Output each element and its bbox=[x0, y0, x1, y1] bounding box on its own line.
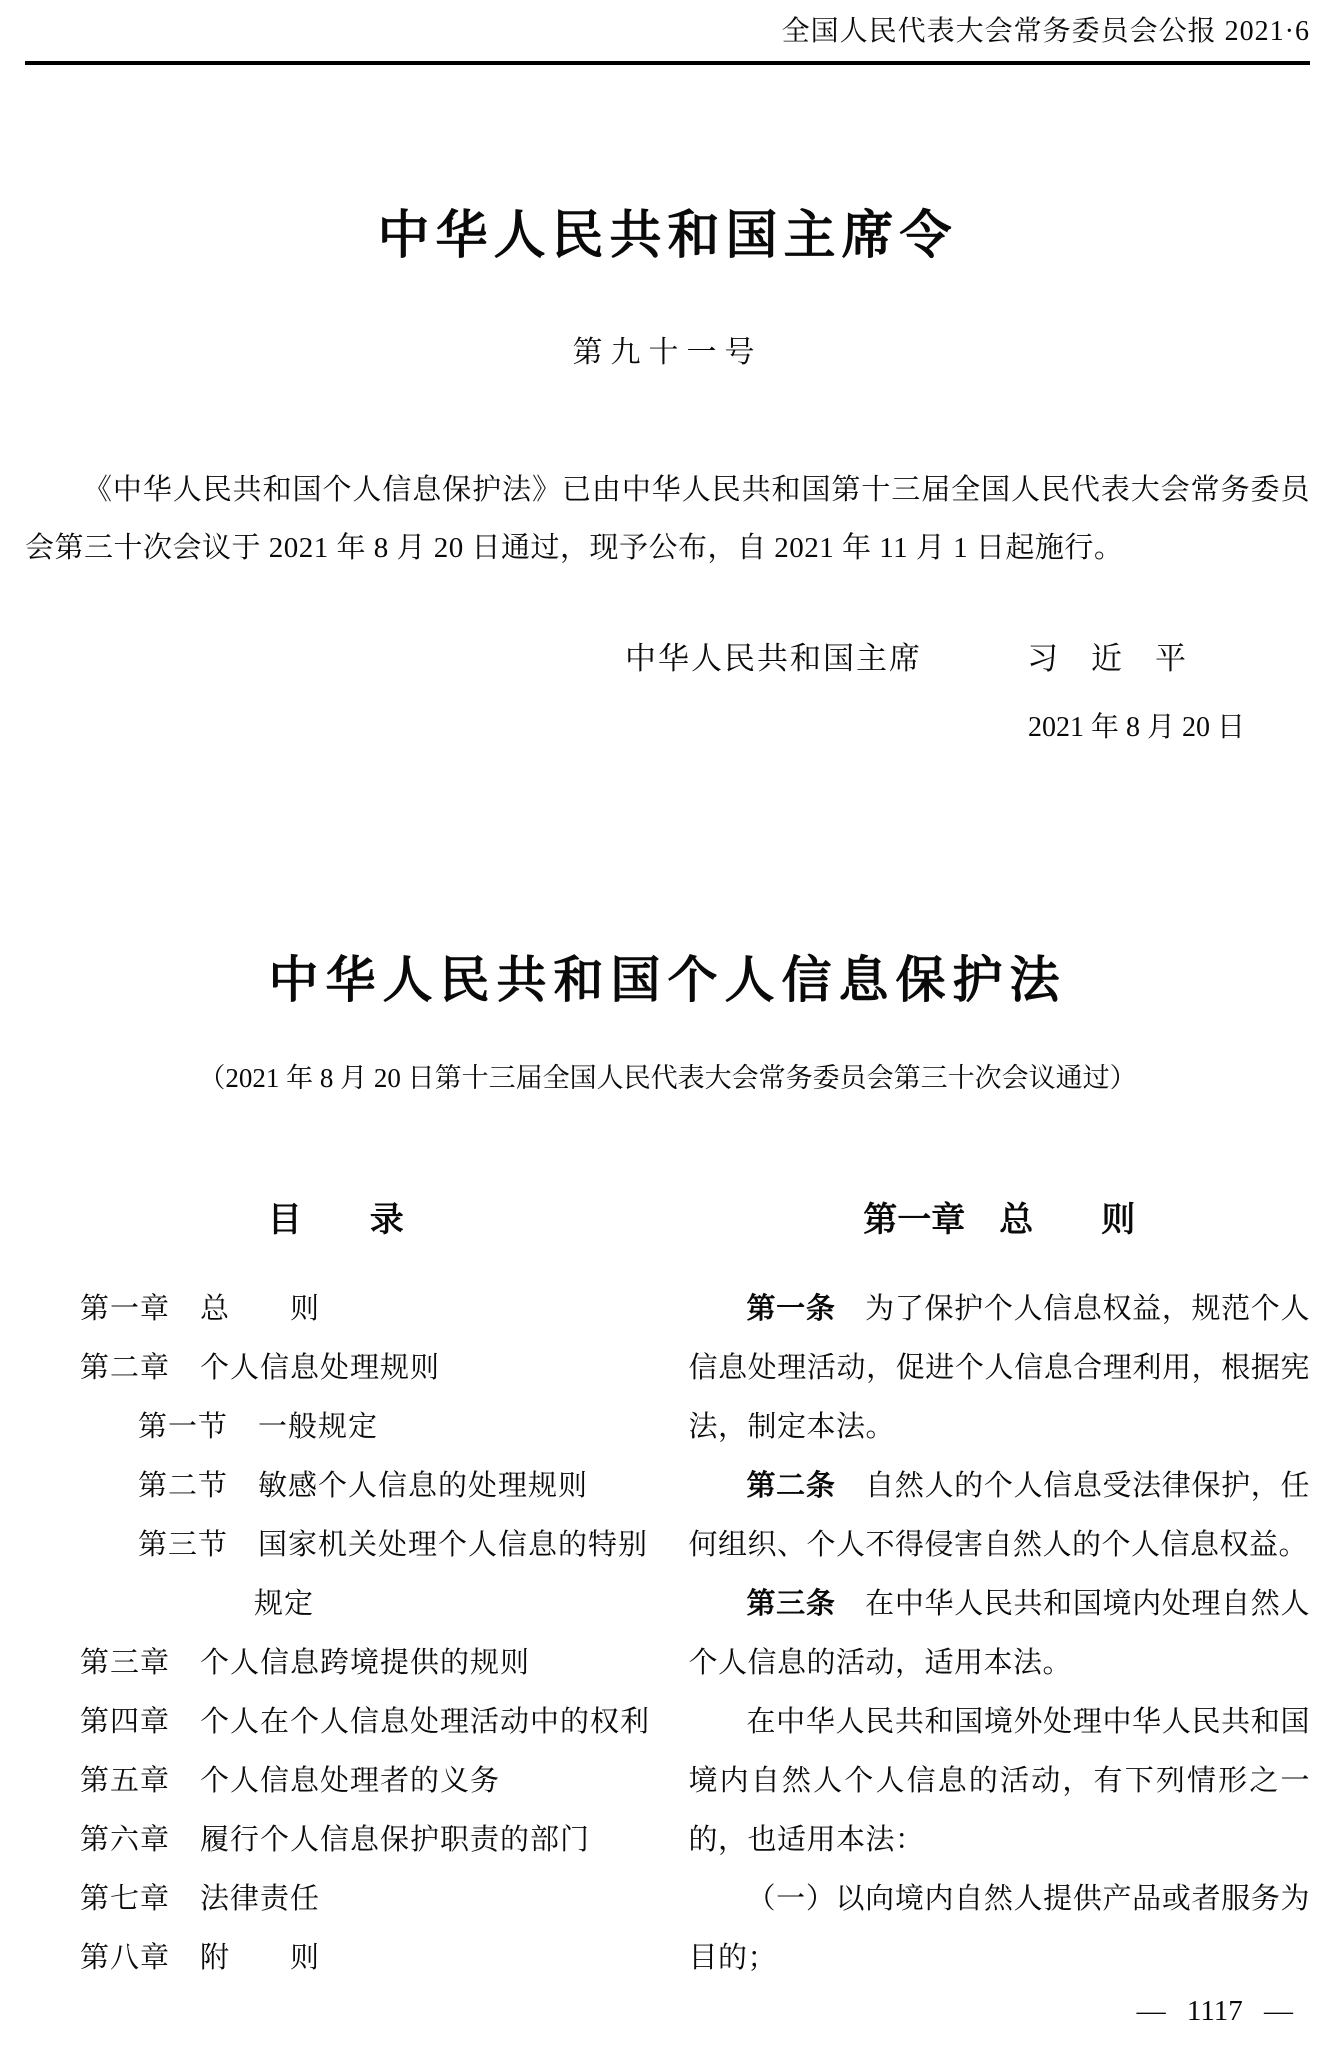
toc-item: 第二章 个人信息处理规则 bbox=[80, 1339, 647, 1398]
toc-item: 第五章 个人信息处理者的义务 bbox=[80, 1752, 647, 1811]
decree-date: 2021 年 8 月 20 日 bbox=[25, 713, 1310, 743]
toc-column: 目 录 第一章 总 则第二章 个人信息处理规则第一节 一般规定第二节 敏感个人信… bbox=[25, 1196, 647, 1988]
law-paragraph: 第一条 为了保护个人信息权益，规范个人信息处理活动，促进个人信息合理利用，根据宪… bbox=[689, 1280, 1311, 1457]
toc-item: 第七章 法律责任 bbox=[80, 1870, 647, 1929]
signer-title: 中华人民共和国主席 bbox=[625, 639, 922, 679]
law-title: 中华人民共和国个人信息保护法 bbox=[25, 949, 1310, 1011]
law-paragraph: （一）以向境内自然人提供产品或者服务为目的； bbox=[689, 1870, 1311, 1988]
toc-item: 第六章 履行个人信息保护职责的部门 bbox=[80, 1811, 647, 1870]
page-number: — 1117 — bbox=[1137, 1996, 1293, 2026]
header-rule bbox=[25, 61, 1310, 65]
signer-name: 习 近 平 bbox=[1027, 639, 1187, 679]
law-column: 第一章 总 则 第一条 为了保护个人信息权益，规范个人信息处理活动，促进个人信息… bbox=[689, 1196, 1311, 1988]
article-label: 第二条 bbox=[747, 1470, 836, 1502]
toc-item: 第一节 一般规定 bbox=[138, 1398, 647, 1457]
decree-title: 中华人民共和国主席令 bbox=[25, 207, 1310, 267]
decree-number: 第九十一号 bbox=[25, 337, 1310, 369]
law-passage-note: （2021 年 8 月 20 日第十三届全国人民代表大会常务委员会第三十次会议通… bbox=[25, 1063, 1310, 1093]
toc-item: 第三章 个人信息跨境提供的规则 bbox=[80, 1634, 647, 1693]
toc-list: 第一章 总 则第二章 个人信息处理规则第一节 一般规定第二节 敏感个人信息的处理… bbox=[25, 1280, 647, 1988]
articles: 第一条 为了保护个人信息权益，规范个人信息处理活动，促进个人信息合理利用，根据宪… bbox=[689, 1280, 1311, 1988]
toc-item: 第四章 个人在个人信息处理活动中的权利 bbox=[80, 1693, 647, 1752]
toc-item: 规定 bbox=[254, 1575, 647, 1634]
law-paragraph: 第二条 自然人的个人信息受法律保护，任何组织、个人不得侵害自然人的个人信息权益。 bbox=[689, 1457, 1311, 1575]
toc-item: 第一章 总 则 bbox=[80, 1280, 647, 1339]
toc-item: 第三节 国家机关处理个人信息的特别 bbox=[138, 1516, 647, 1575]
toc-item: 第二节 敏感个人信息的处理规则 bbox=[138, 1457, 647, 1516]
article-label: 第三条 bbox=[747, 1588, 836, 1620]
decree-body: 《中华人民共和国个人信息保护法》已由中华人民共和国第十三届全国人民代表大会常务委… bbox=[25, 461, 1310, 577]
article-label: 第一条 bbox=[747, 1293, 836, 1325]
chapter-heading: 第一章 总 则 bbox=[689, 1196, 1311, 1244]
law-paragraph: 在中华人民共和国境外处理中华人民共和国境内自然人个人信息的活动，有下列情形之一的… bbox=[689, 1693, 1311, 1870]
signature-row: 中华人民共和国主席 习 近 平 bbox=[625, 639, 1310, 679]
two-column-area: 目 录 第一章 总 则第二章 个人信息处理规则第一节 一般规定第二节 敏感个人信… bbox=[25, 1196, 1310, 1988]
toc-heading: 目 录 bbox=[25, 1196, 647, 1244]
toc-item: 第八章 附 则 bbox=[80, 1929, 647, 1988]
gazette-header: 全国人民代表大会常务委员会公报 2021·6 bbox=[25, 0, 1310, 48]
law-paragraph: 第三条 在中华人民共和国境内处理自然人个人信息的活动，适用本法。 bbox=[689, 1575, 1311, 1693]
gazette-page: 全国人民代表大会常务委员会公报 2021·6 中华人民共和国主席令 第九十一号 … bbox=[0, 0, 1335, 2055]
